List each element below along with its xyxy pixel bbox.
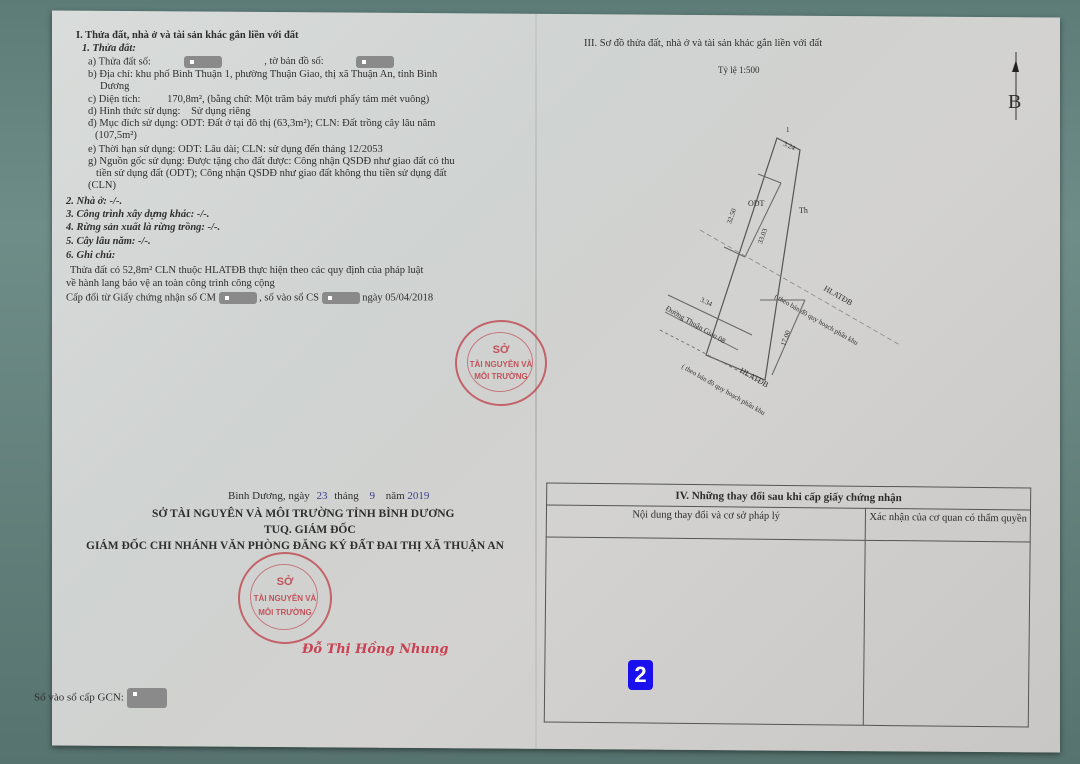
column-header-content: Nội dung thay đổi và cơ sở pháp lý	[546, 505, 866, 540]
map-land-type: ODT	[748, 198, 764, 211]
table-cell	[544, 537, 865, 725]
table-cell	[864, 540, 1030, 727]
map-land-type: Th	[799, 205, 808, 218]
column-header-approval: Xác nhận của cơ quan có thẩm quyền	[866, 508, 1031, 542]
page-number-badge: 2	[628, 660, 653, 690]
changes-table: IV. Những thay đổi sau khi cấp giấy chứn…	[544, 482, 1031, 727]
map-point-label: 1	[786, 124, 790, 137]
